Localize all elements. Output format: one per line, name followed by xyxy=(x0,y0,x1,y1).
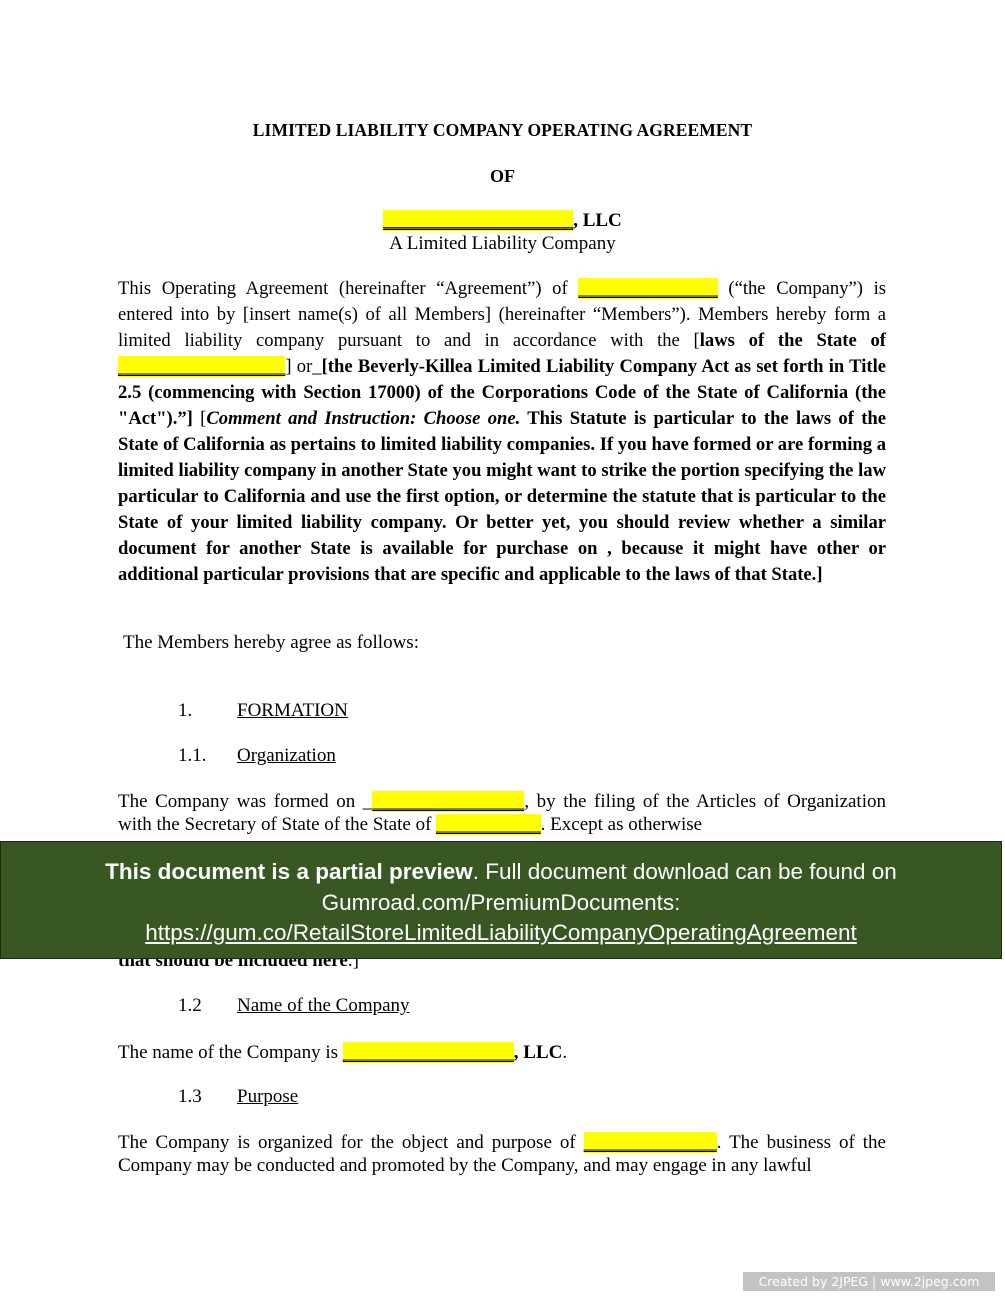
instruction-bold-text: This Statute is particular to the laws o… xyxy=(118,408,886,585)
org-text-3: . Except as otherwise xyxy=(541,814,702,835)
section-number: 1.3 xyxy=(178,1086,202,1108)
section-label: Name of the Company xyxy=(237,995,410,1017)
intro-text-4: [ xyxy=(193,408,207,429)
company-blank: _______________ xyxy=(578,278,717,299)
purpose-text-1: The Company is organized for the object … xyxy=(118,1132,584,1153)
purpose-blank: ______________ xyxy=(584,1132,717,1153)
section-label: FORMATION xyxy=(237,700,348,722)
gumroad-download-link[interactable]: https://gum.co/RetailStoreLimitedLiabili… xyxy=(145,920,857,945)
name-paragraph: The name of the Company is _____________… xyxy=(118,1040,886,1066)
company-name-blank-2: __________________ xyxy=(343,1042,514,1063)
document-page: LIMITED LIABILITY COMPANY OPERATING AGRE… xyxy=(0,0,1005,1301)
comment-instruction-italic: Comment and Instruction: Choose one. xyxy=(206,408,520,429)
section-label: Purpose xyxy=(237,1086,298,1108)
intro-text-3: ] or_ xyxy=(285,356,321,377)
organization-paragraph: The Company was formed on ______________… xyxy=(118,790,886,836)
purpose-paragraph: The Company is organized for the object … xyxy=(118,1131,886,1177)
section-number: 1. xyxy=(178,700,192,722)
filing-state-blank: ___________ xyxy=(436,814,541,835)
preview-banner-bold: This document is a partial preview xyxy=(105,859,473,884)
company-suffix: , LLC xyxy=(573,210,622,231)
document-subtitle: A Limited Liability Company xyxy=(0,233,1005,255)
name-text-1: The name of the Company is xyxy=(118,1042,343,1063)
laws-of-state-bold: laws of the State of xyxy=(700,330,886,351)
state-blank: __________________ xyxy=(118,356,285,377)
partial-preview-banner: This document is a partial preview. Full… xyxy=(0,841,1002,959)
name-text-2: . xyxy=(562,1042,567,1063)
org-text-1: The Company was formed on _ xyxy=(118,791,372,812)
section-number: 1.1. xyxy=(178,745,207,767)
document-title: LIMITED LIABILITY COMPANY OPERATING AGRE… xyxy=(0,120,1005,141)
document-of: OF xyxy=(0,166,1005,187)
intro-paragraph: This Operating Agreement (hereinafter “A… xyxy=(118,276,886,588)
intro-text-1: This Operating Agreement (hereinafter “A… xyxy=(118,278,578,299)
section-number: 1.2 xyxy=(178,995,202,1017)
formation-date-blank: ________________ xyxy=(372,791,524,812)
company-name-line: ____________________, LLC xyxy=(0,210,1005,232)
members-agree-text: The Members hereby agree as follows: xyxy=(123,632,419,654)
llc-suffix-bold: , LLC xyxy=(514,1042,563,1063)
section-label: Organization xyxy=(237,745,336,767)
2jpeg-watermark: Created by 2JPEG | www.2jpeg.com xyxy=(743,1272,995,1291)
company-name-blank: ____________________ xyxy=(383,210,573,231)
